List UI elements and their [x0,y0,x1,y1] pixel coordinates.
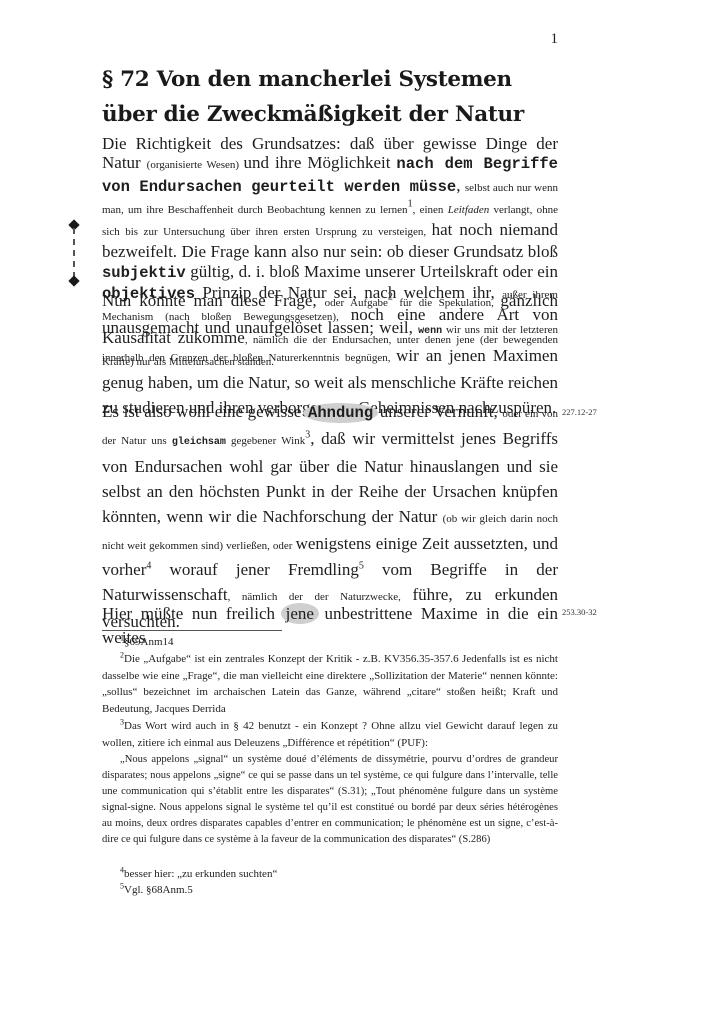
text-run: und ihre Möglichkeit [244,153,397,172]
margin-reference-2: 253.30-32 [562,607,597,617]
footnote-text: besser hier: „zu erkunden suchten“ [124,868,277,880]
emphasized-small-run: gleichsam [172,437,226,448]
footnote-5: 5Vgl. §68Anm.5 [102,882,558,899]
footnote-3: 3Das Wort wird auch in § 42 benutzt - ei… [102,718,558,752]
marker-end-diamond-icon[interactable] [68,275,79,286]
section-title: § 72 Von den mancherlei Systemen über di… [102,62,572,132]
footnote-text: Vgl. §68Anm.5 [124,884,193,896]
footnote-text: Das Wort wird auch in § 42 benutzt - ein… [102,720,558,749]
footnote-4: 4besser hier: „zu erkunden suchten“ [102,866,558,883]
margin-reference-1: 227.12-27 [562,407,597,417]
footnote-text: §69Anm14 [124,636,174,648]
text-run: worauf jener Fremdling [151,560,358,579]
small-text-run: , einen [413,204,448,216]
highlighted-term[interactable]: jene [281,603,319,624]
italic-text-run: Leitfaden [448,204,490,216]
footnote-text: „Nous appelons „signal“ un système doué … [102,754,558,845]
footnote-1: 1§69Anm14 [102,634,558,651]
small-text-run: (organisierte Wesen) [147,159,244,171]
text-run: gültig, d. i. bloß Maxime unserer Urteil… [186,262,558,281]
highlighted-term[interactable]: Ahndung [303,403,378,423]
text-run: , [456,176,465,195]
small-text-run: für die Spekulation, [393,297,501,309]
footnote-quote: „Nous appelons „signal“ un système doué … [102,752,558,848]
footnote-divider [102,630,282,631]
emphasized-text-run: subjektiv [102,264,186,282]
text-run: Hier müßte nun freilich [102,604,284,623]
marker-dashed-line [73,228,75,278]
text-run: Es ist also wohl eine gewisse [102,402,306,421]
text-run: unserer Vernunft, [375,402,502,421]
small-text-run: gegebener Wink [226,435,305,447]
footnote-text: Die „Aufgabe“ ist ein zentrales Konzept … [102,653,558,715]
footnotes: 1§69Anm142Die „Aufgabe“ ist ein zentrale… [102,634,558,899]
paragraph-3: Es ist also wohl eine gewisse Ahndung un… [102,400,558,634]
emphasized-small-run: wenn [418,326,442,337]
small-text-run: oder Aufgabe [325,297,388,309]
page-number: 1 [538,31,558,48]
footnote-2: 2Die „Aufgabe“ ist ein zentrales Konzept… [102,651,558,718]
text-run: Nun könnte man diese Frage, [102,291,325,310]
